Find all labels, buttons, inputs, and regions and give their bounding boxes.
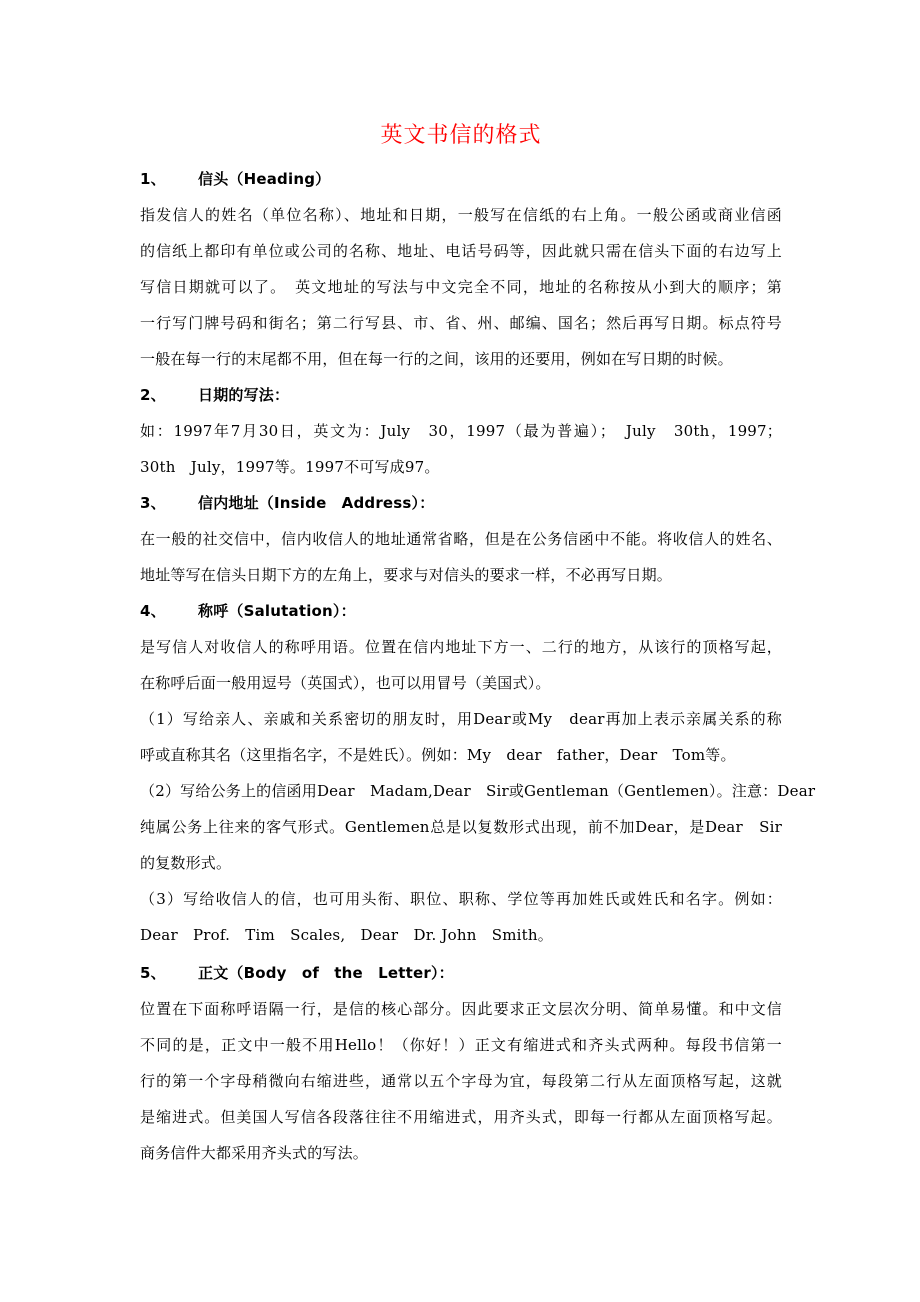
section-heading: 4、称呼（Salutation）：	[140, 601, 782, 621]
section-heading: 1、信头（Heading）	[140, 169, 782, 189]
paragraph-line: 的复数形式。	[140, 853, 782, 873]
section-title: 日期的写法：	[198, 386, 289, 404]
paragraph-line: 写信日期就可以了。 英文地址的写法与中文完全不同，地址的名称按从小到大的顺序；第	[140, 277, 782, 297]
paragraph-line: 30th July，1997等。1997不可写成97。	[140, 457, 782, 477]
section-number: 3、	[140, 493, 198, 513]
paragraph-line: 地址等写在信头日期下方的左角上，要求与对信头的要求一样，不必再写日期。	[140, 565, 782, 585]
section-number: 5、	[140, 963, 198, 983]
document-title: 英文书信的格式	[140, 121, 782, 151]
section-title: 称呼（Salutation）：	[198, 602, 356, 620]
paragraph-line: 纯属公务上往来的客气形式。Gentlemen总是以复数形式出现，前不加Dear，…	[140, 817, 782, 837]
section-title: 信内地址（Inside Address）：	[198, 494, 434, 512]
paragraph-line: 一行写门牌号码和街名；第二行写县、市、省、州、邮编、国名；然后再写日期。标点符号	[140, 313, 782, 333]
section-title: 正文（Body of the Letter）：	[198, 964, 454, 982]
paragraph-line: 在称呼后面一般用逗号（英国式），也可以用冒号（美国式）。	[140, 673, 782, 693]
section-number: 1、	[140, 169, 198, 189]
paragraph-line: 商务信件大都采用齐头式的写法。	[140, 1143, 782, 1163]
paragraph-line: 是缩进式。但美国人写信各段落往往不用缩进式，用齐头式，即每一行都从左面顶格写起。	[140, 1107, 782, 1127]
paragraph-line: 是写信人对收信人的称呼用语。位置在信内地址下方一、二行的地方，从该行的顶格写起，	[140, 637, 782, 657]
section-number: 4、	[140, 601, 198, 621]
section-number: 2、	[140, 385, 198, 405]
paragraph-line: 不同的是，正文中一般不用Hello！（你好！）正文有缩进式和齐头式两种。每段书信…	[140, 1035, 782, 1055]
section-heading: 5、正文（Body of the Letter）：	[140, 963, 782, 983]
section-heading: 3、信内地址（Inside Address）：	[140, 493, 782, 513]
paragraph-line: 的信纸上都印有单位或公司的名称、地址、电话号码等，因此就只需在信头下面的右边写上	[140, 241, 782, 261]
paragraph-line: 一般在每一行的末尾都不用，但在每一行的之间，该用的还要用，例如在写日期的时候。	[140, 349, 782, 369]
paragraph-line: （3）写给收信人的信，也可用头衔、职位、职称、学位等再加姓氏或姓氏和名字。例如：	[140, 889, 782, 909]
paragraph-line: 在一般的社交信中，信内收信人的地址通常省略，但是在公务信函中不能。将收信人的姓名…	[140, 529, 782, 549]
section-title: 信头（Heading）	[198, 170, 330, 188]
paragraph-line: 位置在下面称呼语隔一行，是信的核心部分。因此要求正文层次分明、简单易懂。和中文信	[140, 999, 782, 1019]
paragraph-line: （2）写给公务上的信函用Dear Madam,Dear Sir或Gentlema…	[140, 781, 782, 801]
paragraph-line: 指发信人的姓名（单位名称）、地址和日期，一般写在信纸的右上角。一般公函或商业信函	[140, 205, 782, 225]
paragraph-line: Dear Prof. Tim Scales, Dear Dr. John Smi…	[140, 925, 782, 945]
paragraph-line: 如：1997年7月30日，英文为：July 30，1997（最为普遍）； Jul…	[140, 421, 782, 441]
paragraph-line: （1）写给亲人、亲戚和关系密切的朋友时，用Dear或My dear再加上表示亲属…	[140, 709, 782, 729]
paragraph-line: 行的第一个字母稍微向右缩进些，通常以五个字母为宜，每段第二行从左面顶格写起，这就	[140, 1071, 782, 1091]
paragraph-line: 呼或直称其名（这里指名字，不是姓氏）。例如：My dear father，Dea…	[140, 745, 782, 765]
section-heading: 2、日期的写法：	[140, 385, 782, 405]
